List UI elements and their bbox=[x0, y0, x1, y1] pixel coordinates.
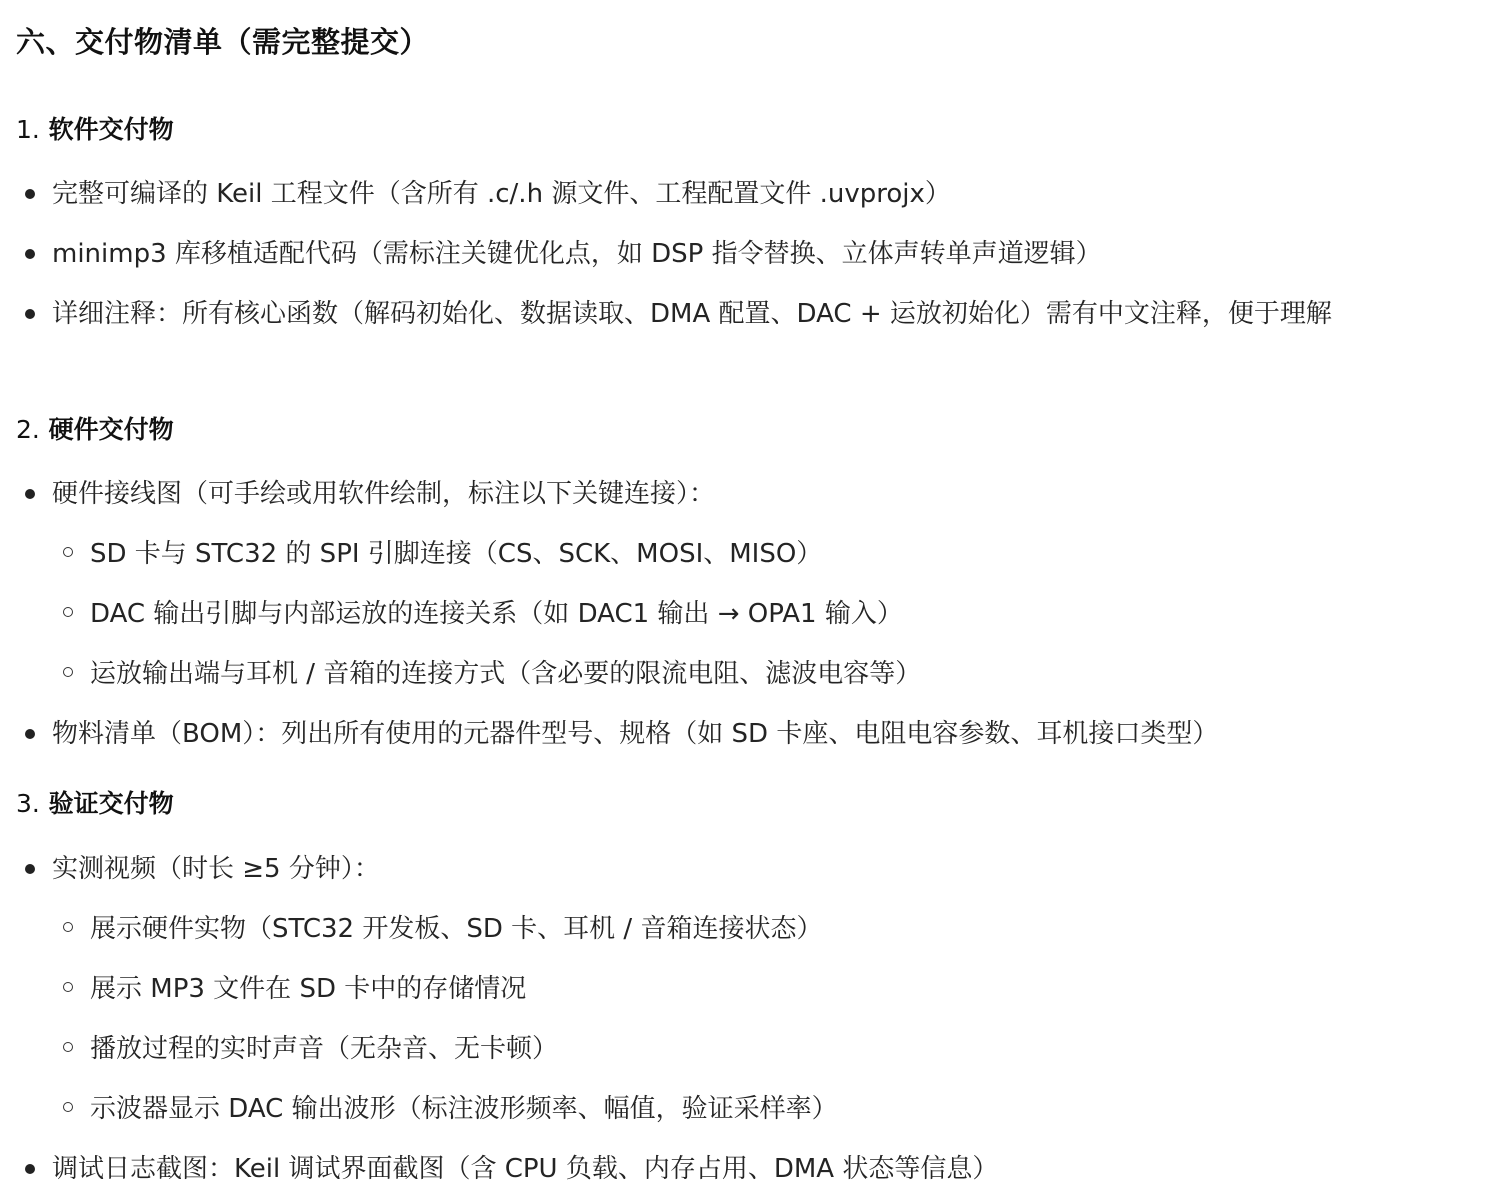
section-number: 1. bbox=[16, 115, 40, 144]
bullet-disc-icon bbox=[25, 189, 35, 199]
list-item: 实测视频（时长 ≥5 分钟）： bbox=[52, 847, 380, 891]
bullet-disc-icon bbox=[25, 249, 35, 259]
sub-list-item: 示波器显示 DAC 输出波形（标注波形频率、幅值，验证采样率） bbox=[90, 1087, 838, 1131]
bullet-circle-icon bbox=[63, 667, 73, 677]
sub-list-item: SD 卡与 STC32 的 SPI 引脚连接（CS、SCK、MOSI、MISO） bbox=[90, 532, 822, 576]
sub-list-item: 展示 MP3 文件在 SD 卡中的存储情况 bbox=[90, 967, 526, 1011]
bullet-circle-icon bbox=[63, 1042, 73, 1052]
bullet-disc-icon bbox=[25, 489, 35, 499]
bullet-circle-icon bbox=[63, 1102, 73, 1112]
section-title: 硬件交付物 bbox=[49, 415, 174, 444]
bullet-circle-icon bbox=[63, 547, 73, 557]
bullet-disc-icon bbox=[25, 729, 35, 739]
section-heading-hardware: 2. 硬件交付物 bbox=[16, 410, 174, 446]
list-item: 物料清单（BOM）：列出所有使用的元器件型号、规格（如 SD 卡座、电阻电容参数… bbox=[52, 712, 1218, 756]
bullet-disc-icon bbox=[25, 1164, 35, 1174]
bullet-disc-icon bbox=[25, 864, 35, 874]
section-number: 2. bbox=[16, 415, 40, 444]
list-item: 硬件接线图（可手绘或用软件绘制，标注以下关键连接）： bbox=[52, 472, 715, 516]
bullet-circle-icon bbox=[63, 982, 73, 992]
section-title: 软件交付物 bbox=[49, 115, 174, 144]
sub-list-item: 运放输出端与耳机 / 音箱的连接方式（含必要的限流电阻、滤波电容等） bbox=[90, 652, 921, 696]
sub-list-item: 展示硬件实物（STC32 开发板、SD 卡、耳机 / 音箱连接状态） bbox=[90, 907, 822, 951]
section-title: 验证交付物 bbox=[49, 789, 174, 818]
list-item: 详细注释：所有核心函数（解码初始化、数据读取、DMA 配置、DAC + 运放初始… bbox=[52, 292, 1497, 336]
bullet-circle-icon bbox=[63, 607, 73, 617]
sub-list-item: 播放过程的实时声音（无杂音、无卡顿） bbox=[90, 1027, 558, 1071]
list-item: 调试日志截图：Keil 调试界面截图（含 CPU 负载、内存占用、DMA 状态等… bbox=[52, 1147, 998, 1191]
bullet-circle-icon bbox=[63, 922, 73, 932]
section-heading-verification: 3. 验证交付物 bbox=[16, 784, 174, 820]
bullet-disc-icon bbox=[25, 309, 35, 319]
list-item: minimp3 库移植适配代码（需标注关键优化点，如 DSP 指令替换、立体声转… bbox=[52, 232, 1102, 276]
list-item: 完整可编译的 Keil 工程文件（含所有 .c/.h 源文件、工程配置文件 .u… bbox=[52, 172, 951, 216]
page-title: 六、交付物清单（需完整提交） bbox=[16, 20, 429, 61]
section-number: 3. bbox=[16, 789, 40, 818]
sub-list-item: DAC 输出引脚与内部运放的连接关系（如 DAC1 输出 → OPA1 输入） bbox=[90, 592, 903, 636]
section-heading-software: 1. 软件交付物 bbox=[16, 110, 174, 146]
